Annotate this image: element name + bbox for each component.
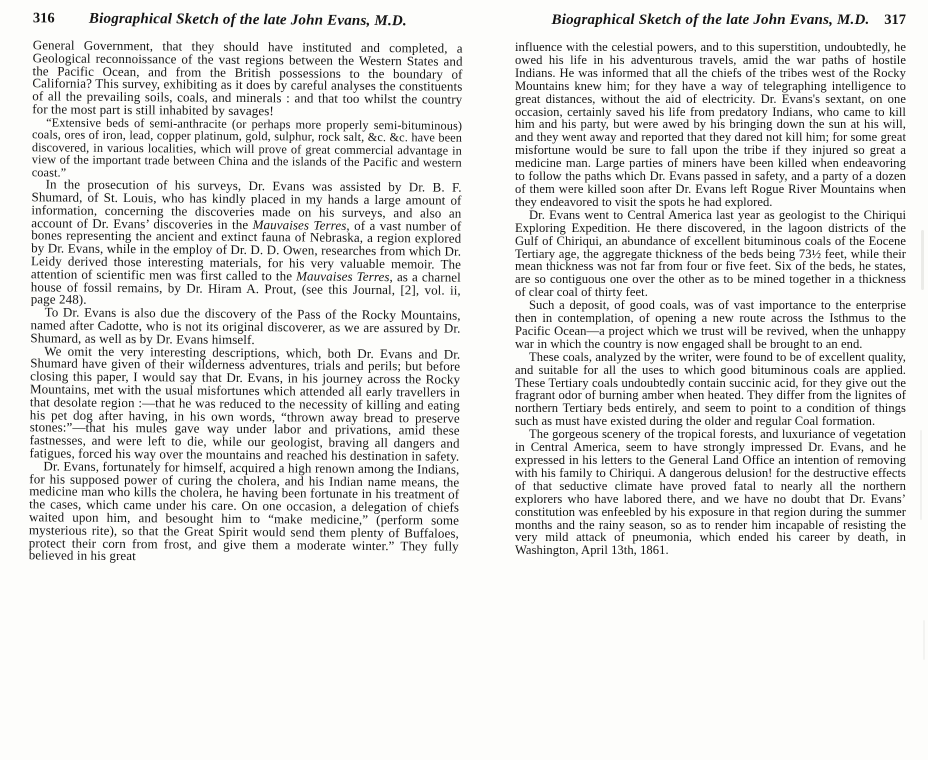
book-spread-scan: 316 Biographical Sketch of the late John… — [0, 0, 928, 760]
paragraph: These coals, analyzed by the writer, wer… — [515, 351, 906, 428]
block-quote: “Extensive beds of semi-anthracite (or p… — [32, 116, 462, 182]
page-body-right: influence with the celestial powers, and… — [515, 41, 906, 557]
page-header-left: 316 Biographical Sketch of the late John… — [33, 10, 463, 33]
page-body-left: General Government, that they should hav… — [29, 39, 463, 566]
paragraph: Such a deposit, of good coals, was of va… — [515, 299, 906, 351]
paragraph: We omit the very interesting description… — [29, 345, 460, 464]
running-title-right: Biographical Sketch of the late John Eva… — [515, 12, 906, 29]
page-number-left: 316 — [33, 10, 55, 27]
scan-artifact — [923, 620, 925, 660]
paragraph: The gorgeous scenery of the tropical for… — [515, 428, 906, 557]
paragraph: To Dr. Evans is also due the discovery o… — [30, 307, 460, 349]
paragraph: General Government, that they should hav… — [32, 39, 463, 119]
paragraph: Dr. Evans went to Central America last y… — [515, 209, 906, 299]
page-316: 316 Biographical Sketch of the late John… — [29, 10, 463, 566]
paragraph: In the prosecution of his surveys, Dr. E… — [31, 179, 462, 310]
running-title-left: Biographical Sketch of the late John Eva… — [33, 10, 463, 30]
page-317: Biographical Sketch of the late John Eva… — [515, 12, 906, 557]
paragraph: Dr. Evans, fortunately for himself, acqu… — [29, 460, 460, 566]
scan-artifact — [921, 230, 924, 290]
page-number-right: 317 — [884, 12, 906, 29]
paragraph: influence with the celestial powers, and… — [515, 41, 906, 209]
scan-artifact — [920, 430, 922, 520]
page-header-right: Biographical Sketch of the late John Eva… — [515, 12, 906, 32]
